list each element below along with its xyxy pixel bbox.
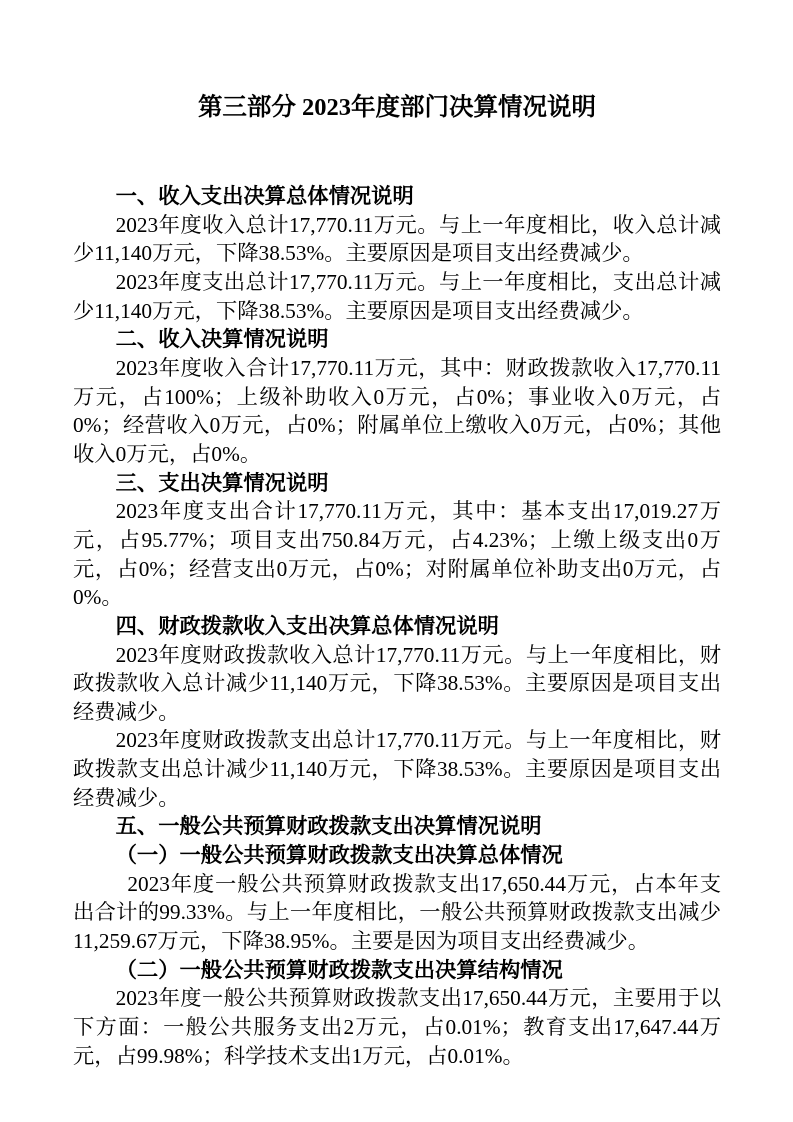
paragraph-income-total: 2023年度收入总计17,770.11万元。与上一年度相比，收入总计减少11,1… — [73, 211, 721, 268]
heading-section-3: 三、支出决算情况说明 — [73, 469, 721, 498]
paragraph-fiscal-appropriation-expense: 2023年度财政拨款支出总计17,770.11万元。与上一年度相比，财政拨款支出… — [73, 726, 721, 812]
heading-section-1: 一、收入支出决算总体情况说明 — [73, 182, 721, 211]
paragraph-general-budget-structure: 2023年度一般公共预算财政拨款支出17,650.44万元，主要用于以下方面：一… — [73, 984, 721, 1070]
paragraph-general-budget-overview: 2023年度一般公共预算财政拨款支出17,650.44万元，占本年支出合计的99… — [73, 870, 721, 956]
document-title: 第三部分 2023年度部门决算情况说明 — [73, 93, 721, 123]
heading-subsection-5-1: （一）一般公共预算财政拨款支出决算总体情况 — [73, 841, 721, 870]
paragraph-expense-detail: 2023年度支出合计17,770.11万元，其中：基本支出17,019.27万元… — [73, 497, 721, 612]
heading-section-2: 二、收入决算情况说明 — [73, 325, 721, 354]
paragraph-expense-total: 2023年度支出总计17,770.11万元。与上一年度相比，支出总计减少11,1… — [73, 268, 721, 325]
document-body: 一、收入支出决算总体情况说明 2023年度收入总计17,770.11万元。与上一… — [73, 182, 721, 1070]
heading-subsection-5-2: （二）一般公共预算财政拨款支出决算结构情况 — [73, 956, 721, 985]
heading-section-5: 五、一般公共预算财政拨款支出决算情况说明 — [73, 812, 721, 841]
document-page: 第三部分 2023年度部门决算情况说明 一、收入支出决算总体情况说明 2023年… — [0, 0, 793, 1122]
heading-section-4: 四、财政拨款收入支出决算总体情况说明 — [73, 612, 721, 641]
paragraph-fiscal-appropriation-income: 2023年度财政拨款收入总计17,770.11万元。与上一年度相比，财政拨款收入… — [73, 641, 721, 727]
paragraph-income-detail: 2023年度收入合计17,770.11万元，其中：财政拨款收入17,770.11… — [73, 354, 721, 469]
